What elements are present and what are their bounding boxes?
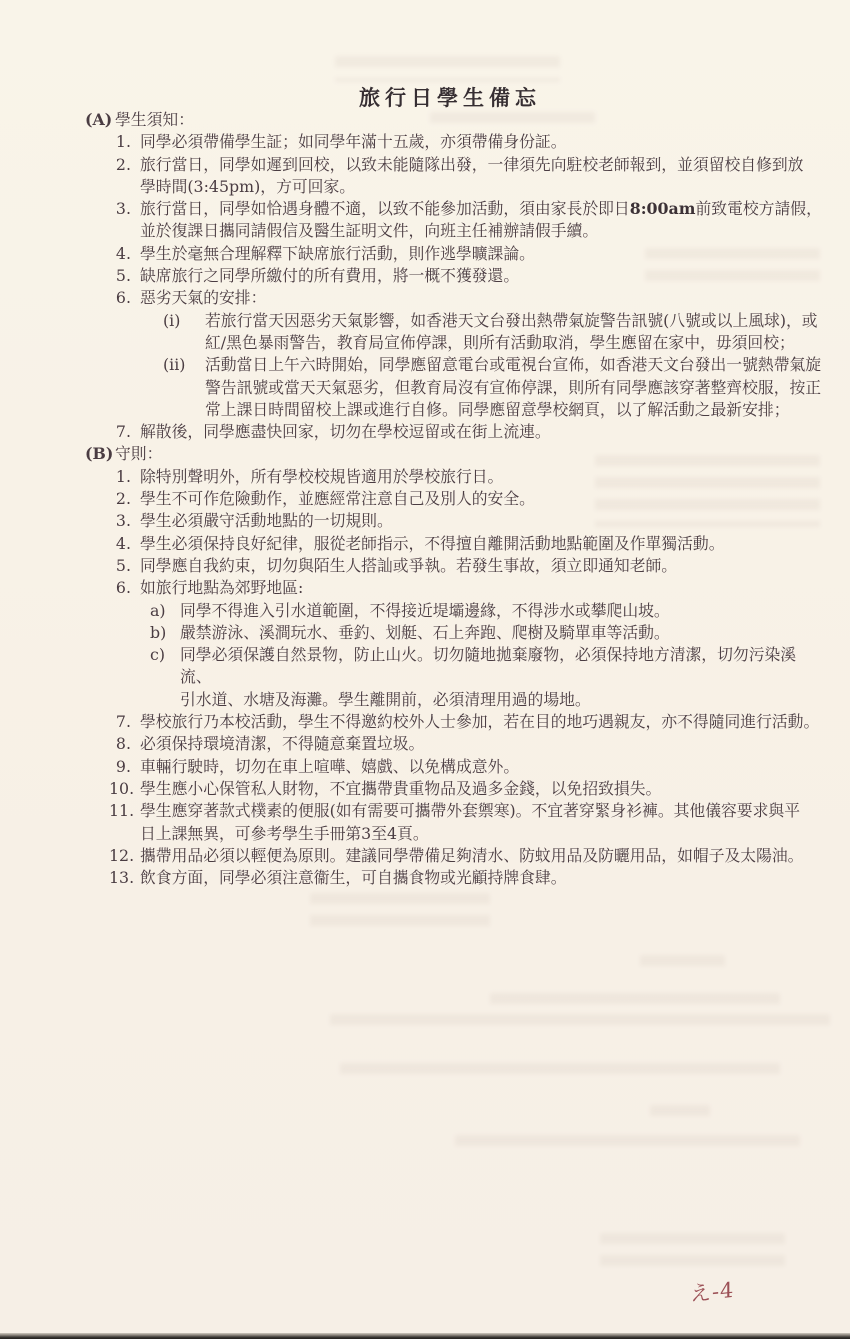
sublist-item: (ii)活動當日上午六時開始，同學應留意電台或電視台宣佈，如香港天文台發出一號熱…	[163, 354, 825, 421]
item-text: 若旅行當天因惡劣天氣影響，如香港天文台發出熱帶氣旋警告訊號(八號或以上風球)，或…	[205, 310, 818, 355]
item-text: 同學必須保護自然景物，防止山火。切勿隨地拋棄廢物，必須保持地方清潔，切勿污染溪流…	[180, 644, 825, 711]
item-text: 缺席旅行之同學所繳付的所有費用，將一概不獲發還。	[140, 265, 519, 287]
list-item: 5.缺席旅行之同學所繳付的所有費用，將一概不獲發還。	[109, 265, 825, 287]
bleedthrough-artifact	[340, 1063, 780, 1081]
list-item: 6.如旅行地點為郊野地區:	[109, 577, 825, 599]
sublist-item: b)嚴禁游泳、溪澗玩水、垂釣、划艇、石上奔跑、爬樹及騎單車等活動。	[150, 622, 825, 644]
item-text: 飲食方面，同學必須注意衞生，可自攜食物或光顧持牌食肆。	[140, 867, 567, 889]
item-number: 4.	[109, 533, 131, 555]
item-number: 1.	[109, 131, 131, 153]
list-item: 2.旅行當日，同學如遲到回校，以致未能隨隊出發，一律須先向駐校老師報到，並須留校…	[109, 154, 825, 199]
item-number: 9.	[109, 756, 131, 778]
section-A: (A)學生須知：1.同學必須帶備學生証；如同學年滿十五歲，亦須帶備身份証。2.旅…	[85, 109, 825, 443]
list-item: 13.飲食方面，同學必須注意衞生，可自攜食物或光顧持牌食肆。	[109, 867, 825, 889]
section-label: (A)	[85, 109, 115, 131]
item-text: 學生應小心保管私人財物，不宜攜帶貴重物品及過多金錢，以免招致損失。	[140, 778, 661, 800]
item-text: 惡劣天氣的安排：	[140, 287, 266, 309]
item-number: 13.	[109, 867, 131, 889]
item-number: 3.	[109, 510, 131, 532]
item-text: 車輛行駛時，切勿在車上喧嘩、嬉戲、以免構成意外。	[140, 756, 519, 778]
item-number: b)	[150, 622, 172, 644]
item-number: 7.	[109, 421, 131, 443]
item-text: 攜帶用品必須以輕便為原則。建議同學帶備足夠清水、防蚊用品及防曬用品，如帽子及太陽…	[140, 845, 803, 867]
scanned-page: 旅行日學生備忘 (A)學生須知：1.同學必須帶備學生証；如同學年滿十五歲，亦須帶…	[0, 0, 850, 1339]
list-item: 3.旅行當日，同學如恰遇身體不適，以致不能參加活動，須由家長於即日8:00am前…	[109, 198, 825, 243]
section-heading: 學生須知：	[115, 109, 194, 131]
document-body: (A)學生須知：1.同學必須帶備學生証；如同學年滿十五歲，亦須帶備身份証。2.旅…	[85, 109, 825, 889]
section-heading: 守則：	[115, 443, 162, 465]
item-text: 嚴禁游泳、溪澗玩水、垂釣、划艇、石上奔跑、爬樹及騎單車等活動。	[180, 622, 670, 644]
item-text: 學生必須嚴守活動地點的一切規則。	[140, 510, 393, 532]
section-B: (B)守則：1.除特別聲明外，所有學校校規皆適用於學校旅行日。2.學生不可作危險…	[85, 443, 825, 889]
bleedthrough-artifact	[640, 955, 725, 973]
section-heading-row: (B)守則：	[85, 443, 825, 465]
bleedthrough-artifact	[335, 56, 560, 82]
item-number: 3.	[109, 198, 131, 220]
sublist-item: (i)若旅行當天因惡劣天氣影響，如香港天文台發出熱帶氣旋警告訊號(八號或以上風球…	[163, 310, 825, 355]
section-label: (B)	[85, 443, 115, 465]
item-number: 1.	[109, 466, 131, 488]
list-item: 9.車輛行駛時，切勿在車上喧嘩、嬉戲、以免構成意外。	[109, 756, 825, 778]
list-item: 11.學生應穿著款式樸素的便服(如有需要可攜帶外套禦寒)。不宜著穿緊身衫褲。其他…	[109, 800, 825, 845]
item-number: a)	[150, 600, 172, 622]
list-item: 6.惡劣天氣的安排：	[109, 287, 825, 309]
bleedthrough-artifact	[600, 1233, 785, 1273]
item-number: 4.	[109, 243, 131, 265]
item-number: 11.	[109, 800, 131, 822]
list-item: 1.除特別聲明外，所有學校校規皆適用於學校旅行日。	[109, 466, 825, 488]
item-text: 必須保持環境清潔，不得隨意棄置垃圾。	[140, 733, 424, 755]
item-text: 如旅行地點為郊野地區:	[140, 577, 303, 599]
list-item: 2.學生不可作危險動作，並應經常注意自己及別人的安全。	[109, 488, 825, 510]
item-number: 5.	[109, 555, 131, 577]
item-number: 12.	[109, 845, 131, 867]
item-text: 旅行當日，同學如恰遇身體不適，以致不能參加活動，須由家長於即日8:00am前致電…	[140, 198, 822, 243]
item-text: 學生於毫無合理解釋下缺席旅行活動，則作逃學曠課論。	[140, 243, 535, 265]
sublist-item: c)同學必須保護自然景物，防止山火。切勿隨地拋棄廢物，必須保持地方清潔，切勿污染…	[150, 644, 825, 711]
bleedthrough-artifact	[330, 1014, 830, 1030]
item-number: (ii)	[163, 354, 199, 376]
item-text: 除特別聲明外，所有學校校規皆適用於學校旅行日。	[140, 466, 503, 488]
item-text: 解散後，同學應盡快回家，切勿在學校逗留或在街上流連。	[140, 421, 551, 443]
item-text: 學生應穿著款式樸素的便服(如有需要可攜帶外套禦寒)。不宜著穿緊身衫褲。其他儀容要…	[140, 800, 800, 845]
item-text: 學生必須保持良好紀律，服從老師指示，不得擅自離開活動地點範圍及作單獨活動。	[140, 533, 725, 555]
page-title: 旅行日學生備忘	[85, 82, 815, 112]
list-item: 12.攜帶用品必須以輕便為原則。建議同學帶備足夠清水、防蚊用品及防曬用品，如帽子…	[109, 845, 825, 867]
item-number: 5.	[109, 265, 131, 287]
item-text: 同學應自我約束，切勿與陌生人搭訕或爭執。若發生事故，須立即通知老師。	[140, 555, 677, 577]
list-item: 4.學生於毫無合理解釋下缺席旅行活動，則作逃學曠課論。	[109, 243, 825, 265]
list-item: 5.同學應自我約束，切勿與陌生人搭訕或爭執。若發生事故，須立即通知老師。	[109, 555, 825, 577]
list-item: 7.學校旅行乃本校活動，學生不得邀約校外人士參加，若在目的地巧遇親友，亦不得隨同…	[109, 711, 825, 733]
list-item: 1.同學必須帶備學生証；如同學年滿十五歲，亦須帶備身份証。	[109, 131, 825, 153]
item-text: 同學必須帶備學生証；如同學年滿十五歲，亦須帶備身份証。	[140, 131, 567, 153]
item-text: 學校旅行乃本校活動，學生不得邀約校外人士參加，若在目的地巧遇親友，亦不得隨同進行…	[140, 711, 819, 733]
list-item: 3.學生必須嚴守活動地點的一切規則。	[109, 510, 825, 532]
scan-edge	[0, 1333, 850, 1339]
list-item: 8.必須保持環境清潔，不得隨意棄置垃圾。	[109, 733, 825, 755]
list-item: 10.學生應小心保管私人財物，不宜攜帶貴重物品及過多金錢，以免招致損失。	[109, 778, 825, 800]
sublist-item: a)同學不得進入引水道範圍，不得接近堤壩邊緣，不得涉水或攀爬山坡。	[150, 600, 825, 622]
handwritten-note: え-4	[690, 1274, 734, 1309]
item-number: 2.	[109, 488, 131, 510]
item-number: 10.	[109, 778, 131, 800]
bleedthrough-artifact	[310, 893, 490, 935]
list-item: 4.學生必須保持良好紀律，服從老師指示，不得擅自離開活動地點範圍及作單獨活動。	[109, 533, 825, 555]
item-text: 同學不得進入引水道範圍，不得接近堤壩邊緣，不得涉水或攀爬山坡。	[180, 600, 670, 622]
item-text: 活動當日上午六時開始，同學應留意電台或電視台宣佈，如香港天文台發出一號熱帶氣旋 …	[205, 354, 821, 421]
item-text: 學生不可作危險動作，並應經常注意自己及別人的安全。	[140, 488, 535, 510]
item-text: 旅行當日，同學如遲到回校，以致未能隨隊出發，一律須先向駐校老師報到，並須留校自修…	[140, 154, 803, 199]
bleedthrough-artifact	[455, 1135, 800, 1153]
section-heading-row: (A)學生須知：	[85, 109, 825, 131]
item-number: (i)	[163, 310, 199, 332]
bleedthrough-artifact	[650, 1105, 710, 1121]
item-number: 8.	[109, 733, 131, 755]
item-number: 6.	[109, 577, 131, 599]
item-number: 7.	[109, 711, 131, 733]
list-item: 7.解散後，同學應盡快回家，切勿在學校逗留或在街上流連。	[109, 421, 825, 443]
bleedthrough-artifact	[490, 993, 780, 1009]
item-number: 2.	[109, 154, 131, 176]
item-number: c)	[150, 644, 172, 666]
item-number: 6.	[109, 287, 131, 309]
